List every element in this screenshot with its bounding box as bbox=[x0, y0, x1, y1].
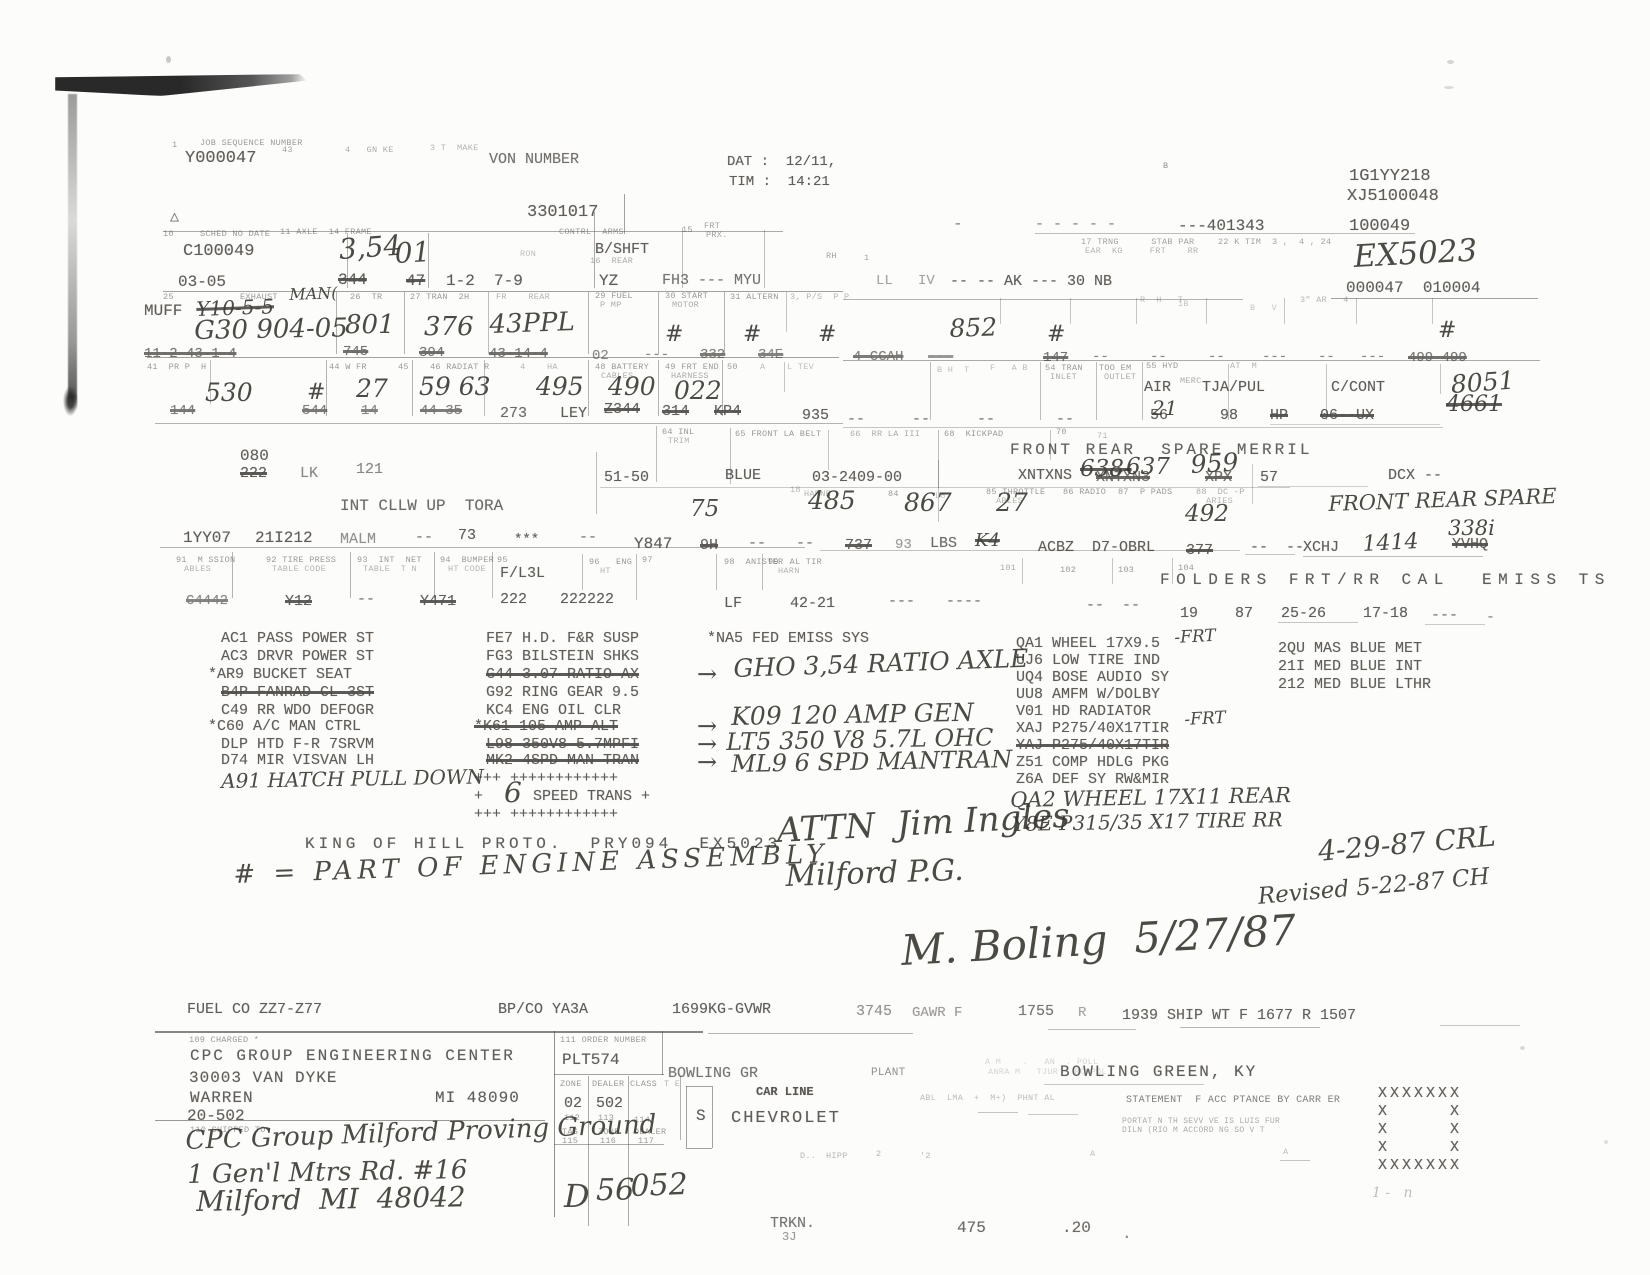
text-fragment: 14 bbox=[361, 404, 378, 418]
text-fragment: A L TEV bbox=[760, 363, 814, 372]
text-fragment: 22 K TIM 3 , 4 , 24 bbox=[1218, 238, 1331, 247]
form-rule-horizontal bbox=[1028, 1114, 1078, 1115]
form-rule-vertical bbox=[1096, 362, 1097, 420]
scan-speck bbox=[1444, 86, 1454, 89]
form-rule-vertical bbox=[716, 554, 717, 590]
text-fragment: A bbox=[1090, 1150, 1095, 1159]
text-fragment: ---- bbox=[946, 594, 982, 609]
text-fragment: --- bbox=[1360, 350, 1385, 364]
form-rule-vertical bbox=[624, 194, 625, 234]
option-FE7: FE7 H.D. F&R SUSP bbox=[486, 631, 639, 646]
form-rule-vertical bbox=[1206, 298, 1207, 324]
text-fragment: 495 bbox=[536, 374, 584, 399]
text-fragment: CLASS bbox=[630, 1080, 657, 1089]
x-box-row: X X bbox=[1378, 1104, 1462, 1119]
text-fragment: # bbox=[665, 324, 683, 346]
form-rule-horizontal bbox=[843, 299, 1243, 300]
text-fragment: -FRT bbox=[1174, 628, 1216, 647]
text-fragment: 30003 VAN DYKE bbox=[189, 1070, 337, 1086]
text-fragment: 65 FRONT LA BELT bbox=[735, 430, 821, 439]
text-fragment: 59 63 bbox=[419, 374, 491, 399]
text-fragment: 75 bbox=[690, 498, 719, 521]
form-rule-horizontal bbox=[160, 547, 805, 548]
text-fragment: 97 bbox=[642, 556, 653, 565]
text-fragment: GAWR F bbox=[912, 1006, 962, 1020]
plant-value: BOWLING GREEN, KY bbox=[1060, 1064, 1257, 1080]
text-fragment: --- bbox=[928, 350, 953, 364]
text-fragment: BOWLING GR bbox=[668, 1066, 758, 1081]
text-fragment: -- bbox=[1056, 412, 1074, 427]
text-fragment: ABLES bbox=[184, 565, 211, 574]
text-fragment: 70 bbox=[1056, 428, 1067, 437]
text-fragment: 25-26 bbox=[1281, 606, 1326, 621]
text-fragment: TRKN. bbox=[770, 1216, 815, 1231]
charged-to-line-1: CPC GROUP ENGINEERING CENTER bbox=[190, 1048, 515, 1064]
form-rule-vertical bbox=[786, 292, 787, 332]
option-C60: *C60 A/C MAN CTRL bbox=[208, 719, 361, 734]
option-C49: C49 RR WDO DEFOGR bbox=[221, 703, 374, 718]
text-fragment: 9H bbox=[700, 538, 718, 553]
date-initials-1: 4-29-87 CRL bbox=[1317, 822, 1497, 865]
text-fragment: -- bbox=[1208, 350, 1225, 364]
order-number: PLT574 bbox=[562, 1052, 620, 1068]
car-line-label: CAR LINE bbox=[756, 1086, 814, 1098]
text-fragment: -- bbox=[748, 536, 766, 551]
text-fragment: MERC bbox=[1180, 377, 1202, 386]
form-rule-vertical bbox=[488, 292, 489, 354]
form-rule-horizontal bbox=[1280, 1160, 1310, 1161]
form-rule-horizontal bbox=[163, 231, 783, 232]
text-fragment: 2 bbox=[876, 1150, 881, 1159]
text-fragment: XCHJ bbox=[1303, 540, 1339, 555]
text-fragment: 376 bbox=[424, 314, 474, 340]
form-rule-vertical bbox=[1172, 558, 1173, 584]
text-fragment: HP bbox=[1270, 408, 1288, 423]
option-YAJ-deleted: YAJ P275/40X17TIR bbox=[1016, 738, 1169, 753]
text-fragment: 02 bbox=[564, 1096, 582, 1111]
text-fragment: B/SHFT bbox=[595, 242, 649, 257]
text-fragment: 51-50 bbox=[604, 470, 649, 485]
text-fragment: 68 KICKPAD bbox=[944, 430, 1003, 439]
form-rule-vertical bbox=[662, 1031, 663, 1075]
text-fragment: 080 bbox=[240, 448, 269, 464]
text-fragment: 73 bbox=[458, 528, 476, 543]
scanned-build-sheet: 1JOB SEQUENCE NUMBERY000047434 GN KE3 T … bbox=[0, 0, 1650, 1275]
form-rule-horizontal bbox=[1044, 1084, 1204, 1085]
text-fragment: 1B bbox=[1178, 300, 1189, 309]
option-L98-deleted: L98 350V8 5.7MPFI bbox=[486, 737, 639, 752]
form-rule-vertical bbox=[428, 233, 429, 288]
text-fragment: XNTXN3 bbox=[1096, 470, 1150, 485]
text-fragment: 1939 SHIP WT F 1677 R 1507 bbox=[1122, 1008, 1356, 1023]
text-fragment: HT bbox=[600, 567, 611, 576]
text-fragment: K4 bbox=[975, 532, 1000, 550]
form-rule-vertical bbox=[656, 426, 657, 482]
option-NA5: *NA5 FED EMISS SYS bbox=[707, 631, 869, 646]
form-rule-vertical bbox=[1326, 364, 1327, 420]
text-fragment: 1755 bbox=[1018, 1004, 1054, 1019]
form-rule-vertical bbox=[1136, 298, 1137, 324]
text-fragment: ACBZ D7-OBRL bbox=[1038, 540, 1155, 555]
text-fragment: - bbox=[1486, 610, 1495, 625]
text-fragment: C4442 bbox=[186, 594, 228, 608]
form-rule-vertical bbox=[434, 552, 435, 598]
text-fragment: 43PPL bbox=[489, 309, 575, 338]
text-fragment: B H T bbox=[937, 366, 969, 375]
form-rule-vertical bbox=[1284, 298, 1285, 324]
text-fragment: -- -- bbox=[1250, 540, 1304, 555]
form-rule-vertical bbox=[1022, 558, 1023, 584]
form-rule-vertical bbox=[350, 552, 351, 598]
option-UU8: UU8 AMFM W/DOLBY bbox=[1016, 687, 1160, 702]
text-fragment: TABLE T N bbox=[363, 565, 417, 574]
form-rule-vertical bbox=[232, 552, 233, 598]
text-fragment: XPX bbox=[1205, 470, 1232, 485]
text-fragment: 25 bbox=[163, 293, 174, 302]
form-rule-vertical bbox=[938, 460, 939, 522]
text-fragment: 27 bbox=[996, 490, 1028, 515]
hand-six-speed: 6 bbox=[504, 779, 522, 807]
text-fragment: LBS bbox=[930, 536, 957, 551]
text-fragment: YZ bbox=[599, 273, 618, 289]
text-fragment: 314 bbox=[662, 404, 689, 419]
form-rule-vertical bbox=[336, 292, 337, 354]
option-FG3: FG3 BILSTEIN SHKS bbox=[486, 649, 639, 664]
text-fragment: LEY bbox=[560, 406, 587, 421]
text-fragment: 000047 010004 bbox=[1346, 280, 1480, 296]
text-fragment: SPEED TRANS + bbox=[533, 789, 650, 804]
form-rule-vertical bbox=[628, 1076, 629, 1226]
form-rule-vertical bbox=[1050, 430, 1051, 460]
text-fragment: 1 - n bbox=[1372, 1186, 1412, 1200]
form-rule-horizontal bbox=[1303, 556, 1483, 557]
text-fragment: Y847 bbox=[634, 536, 672, 552]
hand-exhaust-code: G30 904-05 bbox=[194, 315, 348, 344]
text-fragment: B bbox=[1163, 162, 1168, 171]
text-fragment: 86 RADIO bbox=[1063, 488, 1106, 497]
scan-speck bbox=[166, 56, 171, 63]
form-rule-horizontal bbox=[1278, 622, 1358, 623]
option-AC3: AC3 DRVR POWER ST bbox=[221, 649, 374, 664]
text-fragment: MALM bbox=[340, 532, 376, 547]
text-fragment: -FRT bbox=[1184, 710, 1226, 729]
option-K61-deleted: *K61 105 AMP ALT bbox=[474, 719, 618, 734]
shipped-to-line-1: CPC Group Milford Proving Ground bbox=[185, 1112, 657, 1154]
text-fragment: D bbox=[564, 1180, 590, 1212]
text-fragment: PORTAT N TH SEVV VE IS LUIS FUR bbox=[1122, 1118, 1280, 1126]
form-rule-horizontal bbox=[155, 1031, 703, 1033]
form-rule-horizontal bbox=[1245, 554, 1295, 555]
text-fragment: 109 CHARGED * bbox=[189, 1036, 259, 1045]
text-fragment: 16 REAR bbox=[590, 257, 633, 266]
text-fragment: MAN( bbox=[289, 285, 338, 303]
text-fragment: 475 bbox=[957, 1220, 986, 1236]
text-fragment: 867 bbox=[904, 490, 952, 515]
text-fragment: +++ ++++++++++++ bbox=[474, 807, 618, 822]
form-rule-vertical bbox=[658, 292, 659, 354]
text-fragment: 55 HYD bbox=[1146, 362, 1178, 371]
text-fragment: MOTOR bbox=[672, 301, 699, 310]
form-rule-horizontal bbox=[554, 1074, 664, 1075]
vin-line-1: 1G1YY218 bbox=[1349, 168, 1431, 185]
scan-artifact-corner bbox=[55, 74, 307, 96]
option-ML9-hand: ML9 6 SPD MANTRAN bbox=[731, 747, 1012, 776]
text-fragment: 06--UX bbox=[1320, 408, 1374, 423]
option-UJ6: UJ6 LOW TIRE IND bbox=[1016, 653, 1160, 668]
text-fragment: Milford MI 48042 bbox=[196, 1183, 466, 1216]
text-fragment: AIR bbox=[1144, 380, 1171, 395]
x-box-row: X X bbox=[1378, 1122, 1462, 1137]
text-fragment: 1-2 7-9 bbox=[446, 273, 523, 289]
text-fragment: 544 bbox=[302, 404, 327, 418]
text-fragment: P MP bbox=[600, 301, 622, 310]
vin-line-2: XJ5100048 bbox=[1347, 188, 1439, 205]
scan-artifact-edge-streak bbox=[68, 94, 77, 410]
text-fragment: Y471 bbox=[420, 594, 456, 609]
x-box-row: XXXXXXX bbox=[1378, 1158, 1462, 1173]
text-fragment: 4 CCAH bbox=[853, 350, 903, 364]
text-fragment: MI 48090 bbox=[435, 1090, 520, 1106]
text-fragment: ZONE bbox=[560, 1080, 582, 1089]
form-rule-horizontal bbox=[155, 423, 843, 424]
text-fragment: 21I212 bbox=[255, 530, 313, 546]
text-fragment: R bbox=[1078, 1006, 1086, 1020]
option-DLP: DLP HTD F-R 7SRVM bbox=[221, 737, 374, 752]
form-rule-vertical bbox=[722, 360, 723, 416]
form-rule-horizontal bbox=[600, 487, 1290, 488]
option-V01: V01 HD RADIATOR bbox=[1016, 704, 1151, 719]
text-fragment: LK bbox=[300, 466, 318, 481]
option-212: 212 MED BLUE LTHR bbox=[1278, 677, 1431, 692]
text-fragment: 1YY07 bbox=[183, 530, 231, 546]
text-fragment: 4 HA bbox=[520, 363, 558, 372]
text-fragment: 022 bbox=[674, 378, 722, 403]
form-rule-vertical bbox=[210, 360, 211, 404]
text-fragment: -- bbox=[912, 412, 930, 427]
text-fragment: 3745 bbox=[856, 1004, 892, 1019]
form-rule-vertical bbox=[554, 1031, 555, 1217]
text-fragment: -- bbox=[1092, 350, 1109, 364]
text-fragment: XNTXNS bbox=[1018, 468, 1072, 483]
form-rule-horizontal bbox=[686, 1148, 712, 1149]
revised-note: Revised 5-22-87 CH bbox=[1257, 866, 1491, 909]
text-fragment: S bbox=[696, 1108, 706, 1124]
form-rule-vertical bbox=[582, 554, 583, 590]
form-rule-vertical bbox=[686, 1086, 687, 1148]
form-rule-vertical bbox=[764, 230, 765, 288]
text-fragment: F A B bbox=[990, 364, 1028, 373]
text-fragment: 87 bbox=[1118, 488, 1129, 497]
form-rule-horizontal bbox=[1048, 1029, 1136, 1030]
form-rule-vertical bbox=[1040, 362, 1041, 420]
text-fragment: Y12 bbox=[285, 594, 312, 609]
text-fragment: 26 TR bbox=[350, 293, 382, 302]
form-rule-vertical bbox=[1000, 298, 1001, 324]
form-rule-vertical bbox=[484, 360, 485, 416]
text-fragment: Z344 bbox=[604, 402, 640, 417]
von-number-value: 3301017 bbox=[527, 204, 598, 221]
form-rule-vertical bbox=[730, 428, 731, 484]
form-rule-horizontal bbox=[1440, 1025, 1520, 1026]
text-fragment: 4 GN KE bbox=[345, 146, 394, 155]
text-fragment: D.. bbox=[800, 1152, 816, 1161]
text-fragment: 47 bbox=[406, 273, 425, 289]
form-rule-vertical bbox=[1228, 364, 1229, 420]
text-fragment: .20 bbox=[1062, 1220, 1091, 1236]
text-fragment: 02 bbox=[592, 349, 609, 363]
text-fragment: 84 bbox=[888, 490, 899, 499]
text-fragment: FH3 --- MYU bbox=[662, 273, 761, 288]
form-rule-vertical bbox=[1356, 298, 1357, 324]
text-fragment: FRONT REAR SPARE bbox=[1328, 486, 1557, 515]
text-fragment: 112 bbox=[564, 1114, 580, 1123]
text-fragment: 27 TRAN 2H bbox=[410, 293, 469, 302]
text-fragment: 41 PR P H bbox=[147, 363, 206, 372]
text-fragment: C/CONT bbox=[1331, 380, 1385, 395]
option-AR9: *AR9 BUCKET SEAT bbox=[208, 667, 352, 682]
text-fragment: --- bbox=[888, 594, 915, 609]
text-fragment: - - - - - bbox=[1035, 217, 1116, 232]
form-rule-horizontal bbox=[1425, 624, 1485, 625]
text-fragment: 44 W FR bbox=[329, 363, 367, 372]
text-fragment: FUEL CO ZZ7-Z77 bbox=[187, 1002, 322, 1017]
text-fragment: 273 bbox=[500, 406, 527, 421]
text-fragment: Milford P.G. bbox=[785, 856, 964, 892]
text-fragment: # bbox=[818, 324, 836, 346]
text-fragment: TJA/PUL bbox=[1202, 380, 1265, 395]
text-fragment: # bbox=[1047, 324, 1065, 346]
option-Z51: Z51 COMP HDLG PKG bbox=[1016, 755, 1169, 770]
option-MK2-deleted: MK2 4SPD MAN TRAN bbox=[486, 753, 639, 768]
text-fragment: 530 bbox=[205, 380, 253, 405]
form-rule-vertical bbox=[712, 1086, 713, 1148]
text-fragment: STATEMENT F ACC PTANCE BY CARR ER bbox=[1126, 1096, 1340, 1106]
text-fragment: 114 bbox=[634, 1116, 650, 1125]
form-rule-horizontal bbox=[1270, 424, 1440, 425]
scan-speck bbox=[1520, 1046, 1525, 1050]
x-box-row: XXXXXXX bbox=[1378, 1086, 1462, 1101]
x-box-row: X X bbox=[1378, 1140, 1462, 1155]
attn-note: ATTN Jim Ingles bbox=[776, 799, 1071, 848]
triangle-mark: △ bbox=[170, 210, 179, 225]
text-fragment: 03-2409-00 bbox=[812, 470, 902, 485]
text-fragment: FR REAR bbox=[496, 293, 550, 302]
form-rule-vertical bbox=[588, 1076, 589, 1226]
text-fragment: # bbox=[307, 382, 325, 404]
text-fragment: 222222 bbox=[560, 592, 614, 607]
form-rule-vertical bbox=[492, 552, 493, 598]
text-fragment: . bbox=[1122, 1226, 1132, 1242]
form-rule-horizontal bbox=[820, 550, 1240, 551]
text-fragment: --- bbox=[1431, 608, 1458, 623]
text-fragment: -- bbox=[357, 592, 375, 607]
text-fragment: 102 bbox=[1060, 566, 1076, 575]
text-fragment: 43-14-4 bbox=[489, 347, 548, 361]
text-fragment: HARN bbox=[778, 567, 800, 576]
text-fragment: - bbox=[953, 216, 963, 232]
text-fragment: -- bbox=[796, 536, 814, 551]
text-fragment: 56 bbox=[1150, 408, 1168, 423]
text-fragment: 935 bbox=[802, 408, 829, 423]
text-fragment: 1699KG-GVWR bbox=[672, 1002, 771, 1017]
option-21I: 21I MED BLUE INT bbox=[1278, 659, 1422, 674]
option-G44-deleted: G44 3.07 RATIO AX bbox=[486, 667, 639, 682]
form-rule-vertical bbox=[784, 362, 785, 392]
form-rule-horizontal bbox=[1331, 298, 1538, 299]
text-fragment: 71 bbox=[1097, 432, 1108, 441]
text-fragment: --- bbox=[644, 348, 669, 362]
text-fragment: *** bbox=[514, 533, 539, 547]
form-rule-vertical bbox=[412, 360, 413, 416]
text-fragment: 1414 bbox=[1362, 531, 1419, 556]
text-fragment: WARREN bbox=[190, 1090, 254, 1106]
text-fragment: 113 bbox=[598, 1114, 614, 1123]
text-fragment: ABL LMA + M+) PHNT AL bbox=[920, 1094, 1055, 1103]
text-fragment: 222 bbox=[500, 592, 527, 607]
text-fragment: LL IV bbox=[876, 274, 935, 288]
job-sequence-number: Y000047 bbox=[185, 150, 256, 167]
text-fragment: 44 35 bbox=[420, 404, 462, 418]
form-rule-horizontal bbox=[147, 357, 839, 358]
form-rule-vertical bbox=[1142, 362, 1143, 420]
text-fragment: TRIM bbox=[668, 437, 690, 446]
text-fragment: 11-2 43-1-4 bbox=[144, 347, 236, 361]
option-AC1: AC1 PASS POWER ST bbox=[221, 631, 374, 646]
text-fragment: -- bbox=[847, 412, 865, 427]
text-fragment: RON bbox=[520, 250, 536, 259]
text-fragment: 34E bbox=[758, 348, 783, 362]
text-fragment: 101 bbox=[1000, 564, 1016, 573]
form-rule-vertical bbox=[930, 362, 931, 420]
form-rule-vertical bbox=[347, 233, 348, 288]
signature-mboling: M. Boling 5/27/87 bbox=[900, 909, 1297, 972]
option-XAJ: XAJ P275/40X17TIR bbox=[1016, 721, 1169, 736]
text-fragment: 20-502 bbox=[187, 1108, 245, 1124]
text-fragment: 1 bbox=[172, 141, 177, 150]
form-rule-vertical bbox=[658, 360, 659, 416]
text-fragment: 103 bbox=[1118, 566, 1134, 575]
form-rule-horizontal bbox=[843, 360, 1540, 361]
arrow-to-ML9: → bbox=[697, 750, 717, 774]
text-fragment: OUTLET bbox=[1104, 373, 1136, 382]
option-A91-hand: A91 HATCH PULL DOWN bbox=[221, 766, 484, 791]
text-fragment: --- bbox=[1262, 350, 1287, 364]
scan-artifact-edge-blot bbox=[63, 386, 78, 416]
text-fragment: # bbox=[743, 324, 761, 346]
text-fragment: KP4 bbox=[714, 404, 741, 419]
form-rule-horizontal bbox=[554, 1144, 664, 1145]
text-fragment: AT M bbox=[1230, 362, 1257, 371]
text-fragment: -- bbox=[1318, 350, 1335, 364]
car-line-value: CHEVROLET bbox=[731, 1110, 841, 1127]
text-fragment: DEALER bbox=[592, 1080, 624, 1089]
text-fragment: 03-05 bbox=[178, 274, 226, 290]
text-fragment: -- -- AK --- 30 NB bbox=[950, 274, 1112, 289]
text-fragment: 45 bbox=[398, 363, 409, 372]
option-B4P-deleted: B4P FANRAD CL 3ST bbox=[221, 685, 374, 700]
form-rule-vertical bbox=[594, 212, 595, 288]
text-fragment: RH bbox=[826, 252, 837, 261]
option-GHO-hand: GHO 3,54 RATIO AXLE bbox=[733, 646, 1029, 681]
form-rule-vertical bbox=[1252, 464, 1253, 504]
text-fragment: BP/CO YA3A bbox=[498, 1002, 588, 1017]
option-G92: G92 RING GEAR 9.5 bbox=[486, 685, 639, 700]
text-fragment: 57 bbox=[1260, 470, 1278, 485]
form-rule-vertical bbox=[680, 1076, 681, 1140]
text-fragment: 111 ORDER NUMBER bbox=[560, 1036, 646, 1045]
text-fragment: 485 bbox=[808, 488, 856, 513]
form-rule-horizontal bbox=[708, 1033, 913, 1034]
